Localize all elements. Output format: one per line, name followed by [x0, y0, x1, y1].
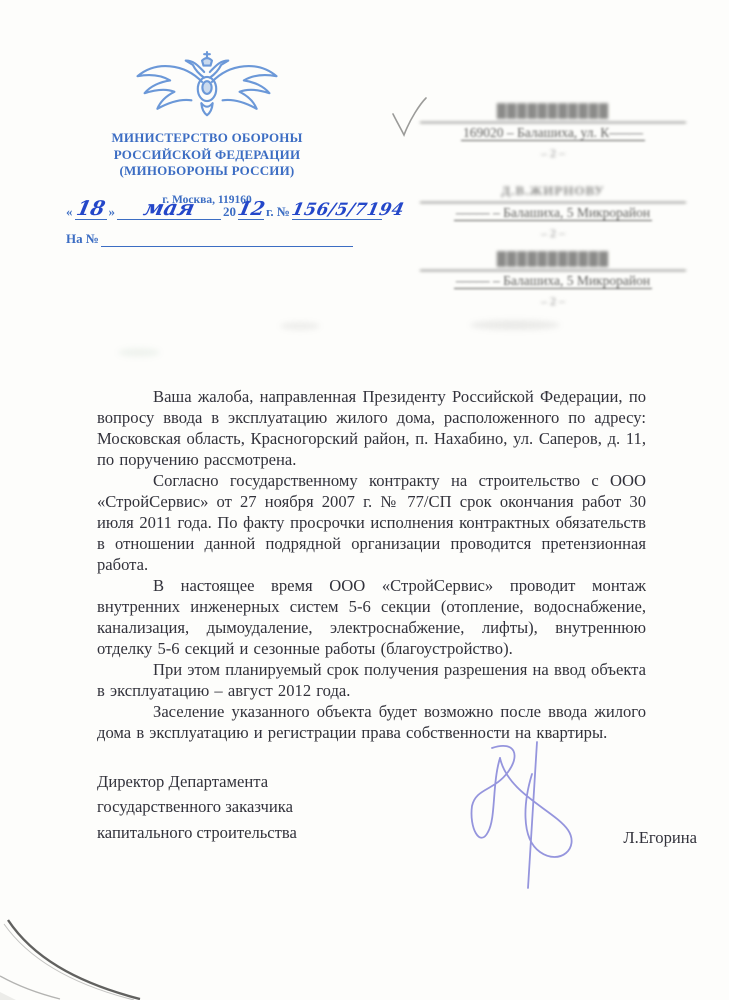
scan-smudge	[280, 322, 320, 330]
reference-label: На №	[64, 231, 101, 247]
number-field: 156/5/7194	[292, 202, 382, 220]
date-number-row: « 18 » мая 20 12 г. № 156/5/7194	[64, 194, 382, 220]
recipient-name-redacted: ███████████	[420, 103, 686, 123]
close-quote: »	[107, 204, 118, 220]
recipient-note: – 2 –	[420, 221, 686, 245]
signer-title: Директор Департамента государственного з…	[97, 769, 297, 845]
day-field: 18	[75, 200, 107, 220]
handwritten-month: мая	[142, 200, 196, 216]
mod-eagle-emblem-icon	[129, 45, 285, 123]
year-field: 12	[238, 201, 264, 220]
signer-title-line: капитального строительства	[97, 820, 297, 845]
recipient-block: Д.В.ЖИРНОВУ ––––– – Балашиха, 5 Микрорай…	[420, 183, 686, 241]
page-curl-artifact	[0, 906, 210, 1000]
recipient-block: ███████████ ––––– – Балашиха, 5 Микрорай…	[420, 251, 686, 309]
handwritten-signature	[436, 736, 606, 901]
recipient-address: 169020 – Балашиха, ул. К–––––	[420, 125, 686, 141]
org-name-block: МИНИСТЕРСТВО ОБОРОНЫ РОССИЙСКОЙ ФЕДЕРАЦИ…	[66, 130, 348, 180]
month-field: мая	[117, 200, 221, 220]
recipient-block: ███████████ 169020 – Балашиха, ул. К––––…	[420, 103, 686, 161]
scan-smudge	[470, 320, 560, 330]
reference-row: На №	[64, 229, 353, 247]
org-name-line: РОССИЙСКОЙ ФЕДЕРАЦИИ	[66, 147, 348, 164]
org-name-line: (МИНОБОРОНЫ РОССИИ)	[66, 163, 348, 180]
recipient-address: ––––– – Балашиха, 5 Микрорайон	[420, 273, 686, 289]
recipient-note: – 2 –	[420, 289, 686, 313]
recipient-name-redacted: Д.В.ЖИРНОВУ	[420, 183, 686, 203]
signer-title-line: Директор Департамента	[97, 769, 297, 794]
handwritten-year: 12	[236, 201, 266, 217]
body-paragraph: В настоящее время ООО «СтройСервис» пров…	[97, 575, 646, 659]
recipient-name-redacted: ███████████	[420, 251, 686, 271]
letterhead: МИНИСТЕРСТВО ОБОРОНЫ РОССИЙСКОЙ ФЕДЕРАЦИ…	[66, 44, 348, 206]
emblem-wrap	[66, 44, 348, 124]
body-paragraph: Ваша жалоба, направленная Президенту Рос…	[97, 386, 646, 470]
scanned-letter-page: МИНИСТЕРСТВО ОБОРОНЫ РОССИЙСКОЙ ФЕДЕРАЦИ…	[0, 0, 729, 1000]
handwritten-day: 18	[75, 200, 106, 216]
recipient-note: – 2 –	[420, 141, 686, 165]
open-quote: «	[64, 204, 75, 220]
letter-body: Ваша жалоба, направленная Президенту Рос…	[97, 386, 646, 743]
number-label: г. №	[264, 204, 292, 220]
body-paragraph: При этом планируемый срок получения разр…	[97, 659, 646, 701]
scan-smudge	[118, 348, 160, 357]
signer-title-line: государственного заказчика	[97, 794, 297, 819]
org-name-line: МИНИСТЕРСТВО ОБОРОНЫ	[66, 130, 348, 147]
body-paragraph: Согласно государственному контракту на с…	[97, 470, 646, 575]
signer-name: Л.Егорина	[440, 828, 697, 848]
handwritten-number: 156/5/7194	[290, 202, 405, 218]
recipient-address: ––––– – Балашиха, 5 Микрорайон	[420, 205, 686, 221]
reference-field	[101, 246, 353, 247]
